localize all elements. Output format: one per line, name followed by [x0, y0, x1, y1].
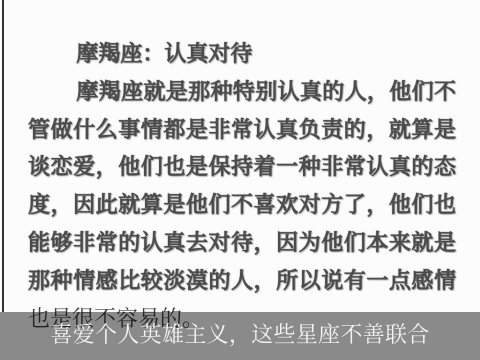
- article-line: 那种情感比较淡漠的人，所以说有一点感情: [28, 262, 456, 300]
- caption-text: 喜爱个人英雄主义，这些星座不善联合: [50, 318, 429, 349]
- article-line: 管做什么事情都是非常认真负责的，就算是: [28, 111, 456, 149]
- article-content: 摩羯座：认真对待 摩羯座就是那种特别认真的人，他们不管做什么事情都是非常认真负责…: [28, 35, 456, 337]
- article-title: 摩羯座：认真对待: [28, 35, 456, 73]
- article-line: 谈恋爱，他们也是保持着一种非常认真的态: [28, 148, 456, 186]
- left-border-line: [2, 0, 4, 312]
- article-image-page: 摩羯座：认真对待 摩羯座就是那种特别认真的人，他们不管做什么事情都是非常认真负责…: [0, 0, 480, 360]
- article-body: 摩羯座就是那种特别认真的人，他们不管做什么事情都是非常认真负责的，就算是谈恋爱，…: [28, 73, 456, 338]
- article-line: 度，因此就算是他们不喜欢对方了，他们也: [28, 186, 456, 224]
- caption-bar: 喜爱个人英雄主义，这些星座不善联合: [0, 312, 480, 360]
- article-line: 能够非常的认真去对待，因为他们本来就是: [28, 224, 456, 262]
- article-line: 摩羯座就是那种特别认真的人，他们不: [28, 73, 456, 111]
